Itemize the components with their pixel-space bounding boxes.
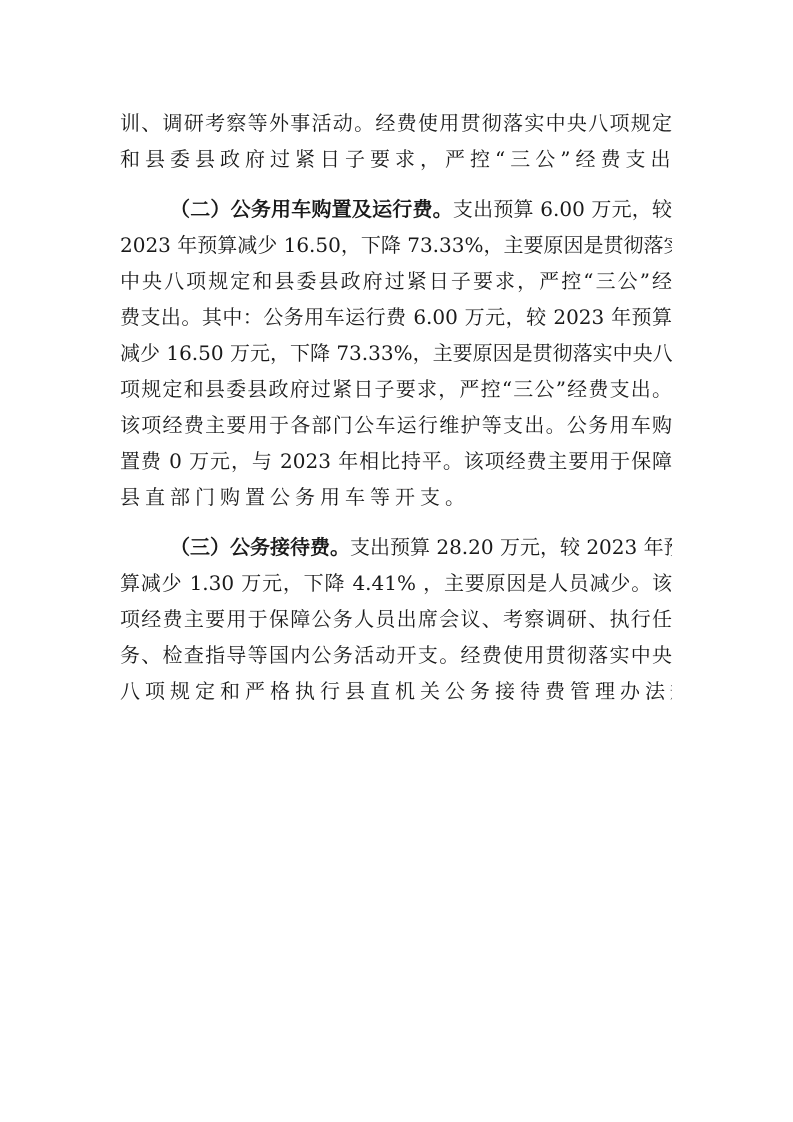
paragraph-intro-continuation: 训、调研考察等外事活动。经费使用贯彻落实中央八项规定 和县委县政府过紧日子要求，… bbox=[120, 105, 672, 177]
text-line: 和县委县政府过紧日子要求，严控“三公”经费支出。 bbox=[120, 141, 672, 177]
text-line: 县直部门购置公务用车等开支。 bbox=[120, 479, 672, 515]
section-heading: （二）公务用车购置及运行费。 bbox=[170, 197, 453, 221]
text-line: 务、检查指导等国内公务活动开支。经费使用贯彻落实中央 bbox=[120, 637, 672, 673]
text-line: 该项经费主要用于各部门公车运行维护等支出。公务用车购 bbox=[120, 407, 672, 443]
text-line: 八项规定和严格执行县直机关公务接待费管理办法规定。 bbox=[120, 673, 672, 709]
text-line: 置费 0 万元，与 2023 年相比持平。该项经费主要用于保障 bbox=[120, 443, 672, 479]
text-line: 项经费主要用于保障公务人员出席会议、考察调研、执行任 bbox=[120, 601, 672, 637]
document-page: 训、调研考察等外事活动。经费使用贯彻落实中央八项规定 和县委县政府过紧日子要求，… bbox=[120, 105, 672, 723]
section-heading-line: （二）公务用车购置及运行费。支出预算 6.00 万元，较 bbox=[120, 191, 672, 227]
text-fragment: 支出预算 28.20 万元，较 2023 年预 bbox=[350, 535, 672, 559]
paragraph-section-2: （二）公务用车购置及运行费。支出预算 6.00 万元，较 2023 年预算减少 … bbox=[120, 191, 672, 515]
text-fragment: 支出预算 6.00 万元，较 bbox=[453, 197, 672, 221]
text-line: 2023 年预算减少 16.50，下降 73.33%，主要原因是贯彻落实 bbox=[120, 227, 672, 263]
text-line: 减少 16.50 万元，下降 73.33%，主要原因是贯彻落实中央八 bbox=[120, 335, 672, 371]
text-line: 中央八项规定和县委县政府过紧日子要求，严控“三公”经 bbox=[120, 263, 672, 299]
text-line: 费支出。其中：公务用车运行费 6.00 万元，较 2023 年预算 bbox=[120, 299, 672, 335]
paragraph-section-3: （三）公务接待费。支出预算 28.20 万元，较 2023 年预 算减少 1.3… bbox=[120, 529, 672, 709]
text-line: 项规定和县委县政府过紧日子要求，严控“三公”经费支出。 bbox=[120, 371, 672, 407]
section-heading: （三）公务接待费。 bbox=[170, 535, 350, 559]
section-heading-line: （三）公务接待费。支出预算 28.20 万元，较 2023 年预 bbox=[120, 529, 672, 565]
text-line: 训、调研考察等外事活动。经费使用贯彻落实中央八项规定 bbox=[120, 105, 672, 141]
text-line: 算减少 1.30 万元，下降 4.41% ，主要原因是人员减少。该 bbox=[120, 565, 672, 601]
